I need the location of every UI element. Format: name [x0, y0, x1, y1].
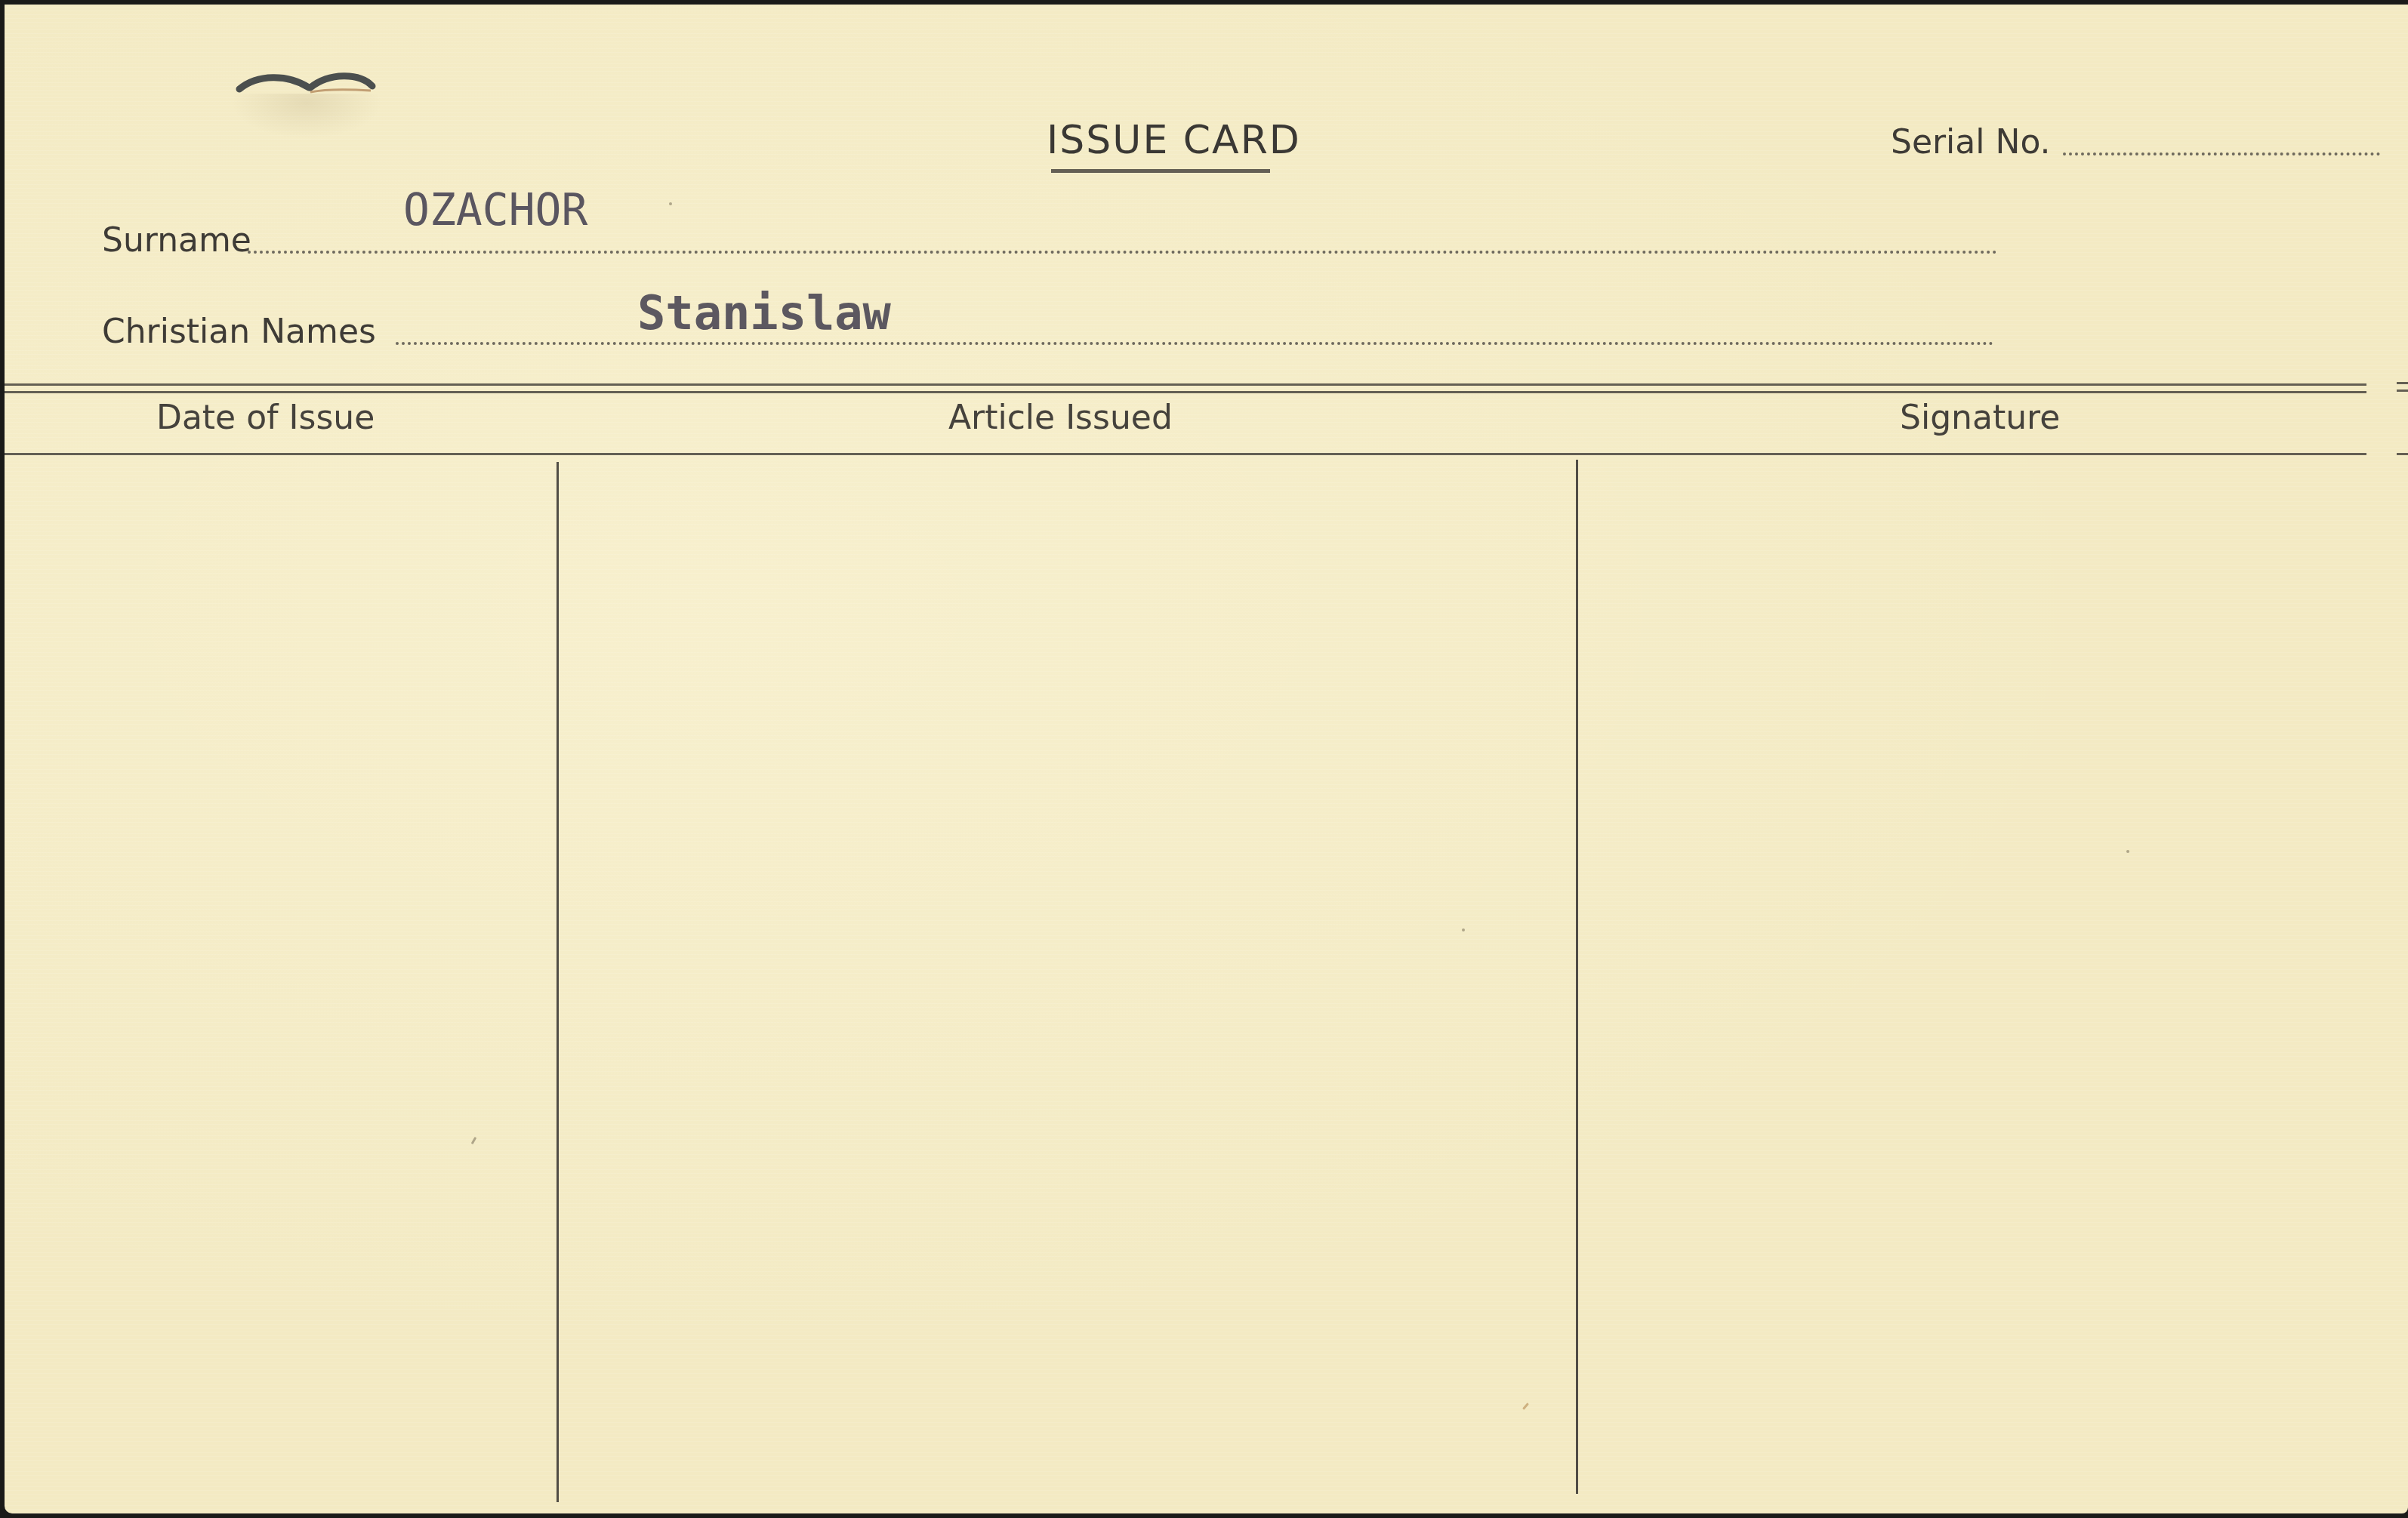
card-title: ISSUE CARD — [1047, 118, 1301, 163]
serial-no-label: Serial No. — [1891, 123, 2051, 162]
issue-card: ISSUE CARD Serial No. Surname OZACHOR Ch… — [5, 5, 2408, 1513]
column-date-of-issue-area[interactable] — [5, 462, 557, 1513]
column-article-issued-area[interactable] — [560, 462, 1577, 1513]
header-double-rule-bottom — [5, 391, 2366, 393]
serial-no-field-line[interactable] — [2063, 152, 2380, 155]
column-divider-2 — [1576, 460, 1578, 1494]
header-bottom-rule — [5, 453, 2366, 455]
column-header-signature: Signature — [1900, 399, 2060, 437]
surname-value[interactable]: OZACHOR — [403, 184, 587, 236]
surname-label: Surname — [102, 221, 251, 260]
paper-speck — [1462, 928, 1465, 931]
ink-speck — [669, 202, 672, 205]
christian-names-label: Christian Names — [102, 313, 376, 351]
staple-icon — [235, 66, 378, 104]
christian-names-value[interactable]: Stanislaw — [637, 285, 891, 340]
column-header-article-issued: Article Issued — [948, 399, 1173, 437]
edge-mark-top — [2397, 382, 2408, 384]
column-signature-area[interactable] — [1580, 462, 2366, 1513]
column-divider-1 — [557, 462, 559, 1502]
edge-mark-middle — [2397, 390, 2408, 392]
surname-field-line — [248, 251, 1998, 254]
paper-speck — [2126, 850, 2129, 853]
edge-mark-bottom — [2397, 453, 2408, 455]
title-underline — [1051, 169, 1270, 173]
column-header-date-of-issue: Date of Issue — [156, 399, 375, 437]
christian-names-field-line — [396, 342, 1994, 345]
header-double-rule-top — [5, 383, 2366, 386]
